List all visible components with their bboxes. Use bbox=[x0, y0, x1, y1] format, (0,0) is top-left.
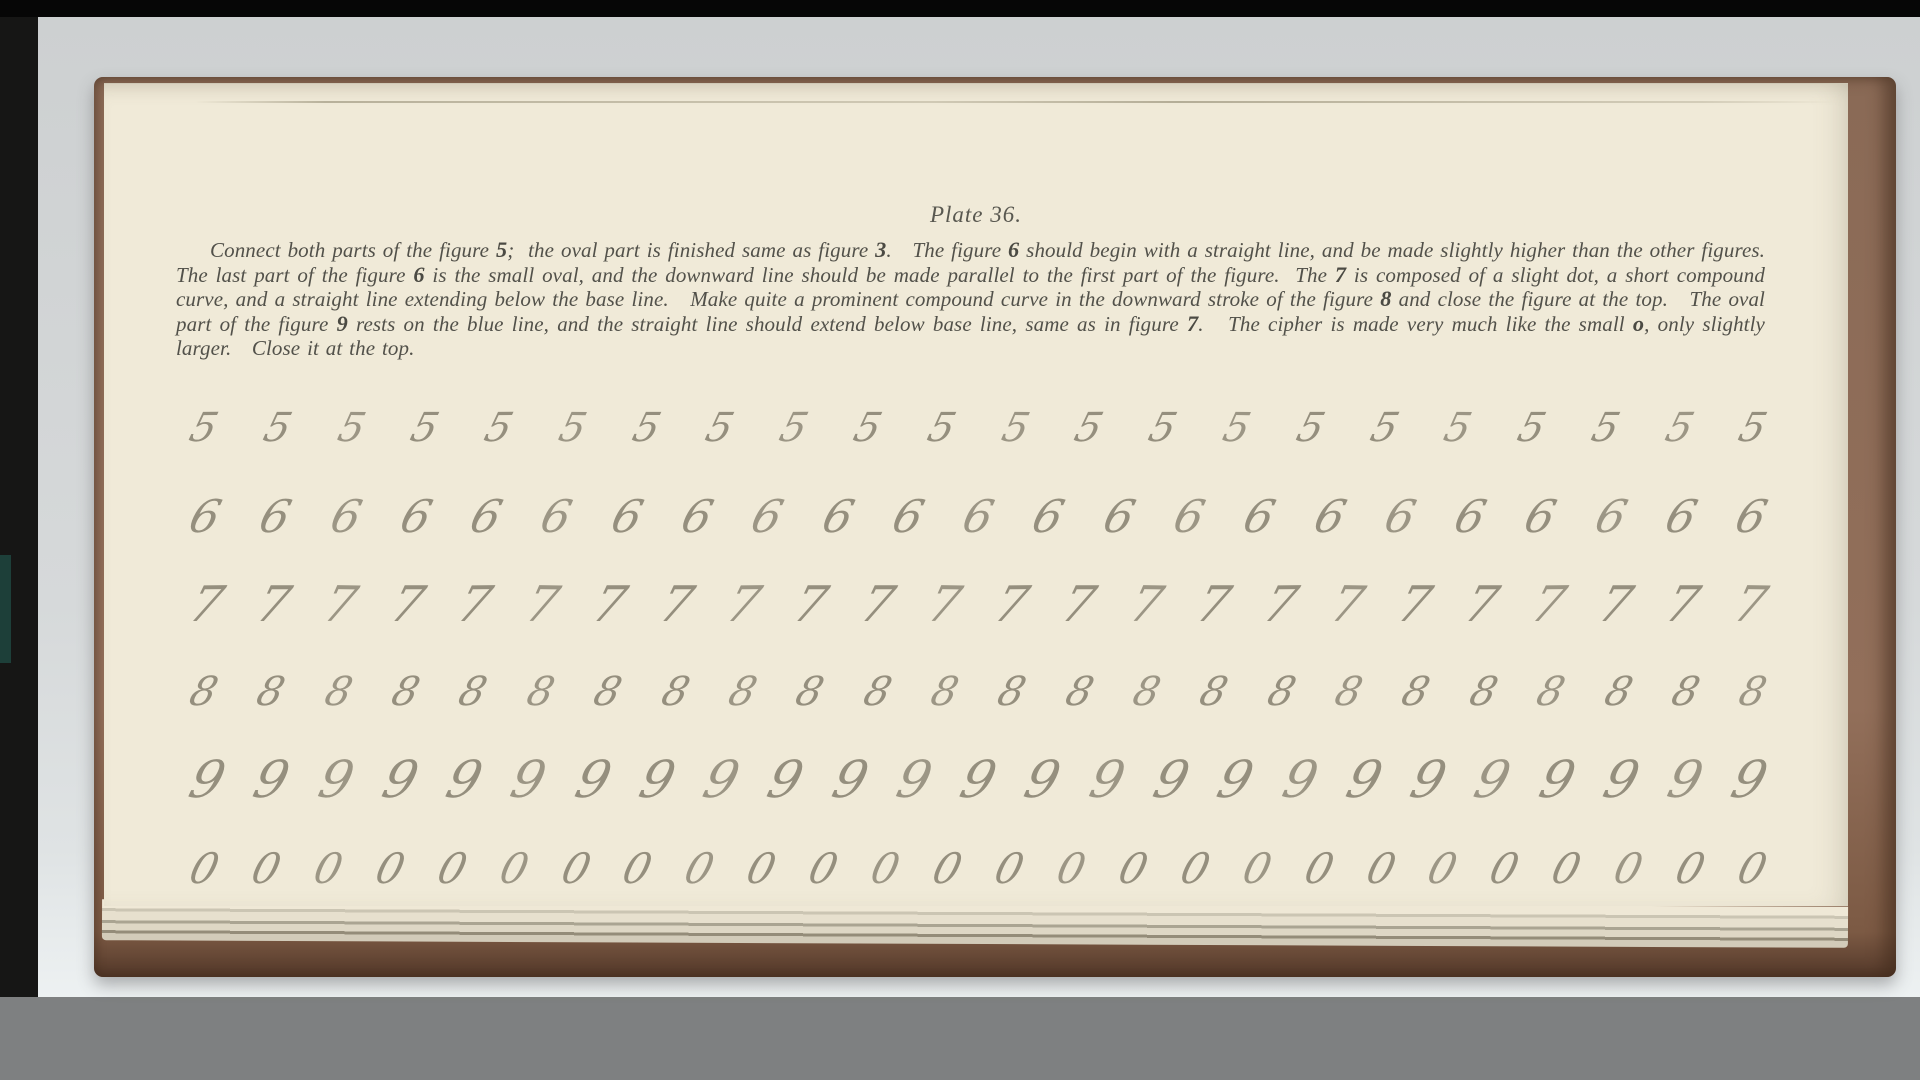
handwritten-digit-6: 6 bbox=[958, 489, 1000, 542]
handwritten-digit-5: 5 bbox=[849, 405, 887, 451]
handwritten-digit-0: 0 bbox=[1423, 843, 1463, 892]
handwritten-digit-6: 6 bbox=[816, 490, 859, 543]
handwritten-digit-6: 6 bbox=[746, 489, 789, 542]
handwritten-digit-9: 9 bbox=[761, 751, 809, 810]
handwritten-digit-9: 9 bbox=[1597, 751, 1645, 810]
handwritten-digit-7: 7 bbox=[988, 575, 1035, 632]
plate-title: Plate 36. bbox=[104, 84, 1848, 228]
handwritten-digit-0: 0 bbox=[1732, 844, 1772, 893]
instruction-paragraph: Connect both parts of the figure 5; the … bbox=[176, 238, 1765, 361]
handwritten-digit-5: 5 bbox=[1734, 405, 1772, 451]
handwritten-digit-9: 9 bbox=[1725, 750, 1774, 809]
handwritten-digit-7: 7 bbox=[1124, 575, 1169, 632]
handwritten-digit-0: 0 bbox=[370, 844, 410, 893]
handwritten-digit-6: 6 bbox=[606, 490, 649, 543]
handwritten-digit-5: 5 bbox=[923, 405, 961, 451]
handwritten-digit-0: 0 bbox=[184, 843, 224, 892]
handwritten-digit-5: 5 bbox=[333, 405, 370, 451]
handwritten-digit-5: 5 bbox=[406, 405, 444, 451]
handwritten-digit-9: 9 bbox=[633, 751, 681, 810]
handwritten-digit-5: 5 bbox=[185, 405, 223, 451]
handwritten-digit-6: 6 bbox=[1660, 490, 1703, 543]
handwritten-digit-5: 5 bbox=[480, 405, 518, 451]
handwritten-digit-0: 0 bbox=[866, 843, 905, 892]
dark-left-edge bbox=[0, 17, 38, 997]
practice-row-7: 777777777777777777777777 bbox=[191, 560, 1766, 648]
handwritten-digit-8: 8 bbox=[320, 669, 357, 715]
handwritten-digit-9: 9 bbox=[1084, 750, 1131, 809]
handwritten-digit-0: 0 bbox=[1670, 843, 1710, 892]
instruction-text: . The cipher is made very much like the … bbox=[1198, 312, 1633, 336]
handwritten-digit-9: 9 bbox=[826, 751, 874, 810]
handwritten-digit-9: 9 bbox=[1404, 751, 1452, 810]
handwritten-digit-5: 5 bbox=[1070, 405, 1108, 451]
handwritten-digit-6: 6 bbox=[1589, 489, 1632, 542]
handwritten-digit-7: 7 bbox=[1593, 576, 1639, 633]
handwritten-digit-8: 8 bbox=[791, 669, 829, 715]
handwritten-digit-8: 8 bbox=[1532, 669, 1570, 715]
handwritten-digit-8: 8 bbox=[1735, 669, 1772, 715]
book-page: Plate 36. Connect both parts of the figu… bbox=[104, 83, 1848, 906]
handwritten-digit-6: 6 bbox=[1308, 489, 1351, 542]
handwritten-digit-5: 5 bbox=[1587, 405, 1625, 451]
handwritten-digit-0: 0 bbox=[1547, 844, 1587, 893]
practice-row-8: 888888888888888888888888 bbox=[191, 648, 1766, 736]
handwritten-digit-7: 7 bbox=[586, 576, 632, 633]
handwritten-digit-0: 0 bbox=[1361, 844, 1401, 893]
handwritten-digit-8: 8 bbox=[1599, 669, 1637, 715]
instruction-text: rests on the blue line, and the straight… bbox=[348, 312, 1187, 336]
handwritten-digit-9: 9 bbox=[440, 750, 489, 809]
handwritten-digit-7: 7 bbox=[922, 575, 967, 632]
handwritten-digit-7: 7 bbox=[1056, 576, 1102, 633]
handwritten-digit-6: 6 bbox=[325, 489, 367, 542]
scanner-surface: Plate 36. Connect both parts of the figu… bbox=[38, 17, 1920, 997]
handwritten-digit-6: 6 bbox=[395, 490, 438, 543]
handwritten-digit-0: 0 bbox=[927, 843, 967, 892]
handwritten-digit-8: 8 bbox=[926, 669, 963, 715]
handwritten-digit-0: 0 bbox=[1299, 844, 1339, 893]
handwritten-digit-0: 0 bbox=[432, 843, 472, 892]
figure-reference: 3 bbox=[875, 237, 886, 262]
figure-reference: o bbox=[1633, 311, 1644, 336]
handwritten-digit-6: 6 bbox=[1168, 489, 1210, 542]
handwritten-digit-6: 6 bbox=[1519, 490, 1562, 543]
handwritten-digit-9: 9 bbox=[505, 750, 552, 809]
handwritten-digit-0: 0 bbox=[680, 843, 720, 892]
handwritten-digit-8: 8 bbox=[1262, 669, 1300, 715]
handwritten-digit-5: 5 bbox=[1144, 405, 1182, 451]
handwritten-digit-7: 7 bbox=[1525, 575, 1572, 632]
handwritten-digit-0: 0 bbox=[989, 844, 1029, 893]
handwritten-digit-8: 8 bbox=[589, 669, 627, 715]
handwritten-digit-5: 5 bbox=[259, 405, 297, 451]
handwritten-digit-9: 9 bbox=[1019, 751, 1067, 810]
handwritten-digit-5: 5 bbox=[1365, 405, 1403, 451]
scanned-book-photo: Plate 36. Connect both parts of the figu… bbox=[0, 0, 1920, 1080]
handwritten-digit-5: 5 bbox=[1513, 405, 1551, 451]
handwritten-digit-6: 6 bbox=[676, 490, 719, 543]
handwritten-digit-5: 5 bbox=[1660, 405, 1698, 451]
handwritten-digit-7: 7 bbox=[250, 576, 296, 633]
handwritten-digit-0: 0 bbox=[1175, 843, 1215, 892]
practice-row-6: 66666666666666666666666 bbox=[191, 472, 1766, 560]
handwritten-digit-7: 7 bbox=[318, 575, 363, 632]
handwritten-digit-0: 0 bbox=[1238, 843, 1277, 892]
figure-reference: 6 bbox=[413, 262, 424, 287]
handwritten-digit-8: 8 bbox=[1128, 669, 1165, 715]
practice-row-5: 5555555555555555555555 bbox=[191, 384, 1766, 472]
handwritten-digit-0: 0 bbox=[742, 844, 782, 893]
book-spine-sliver bbox=[0, 555, 11, 663]
handwritten-digit-8: 8 bbox=[185, 669, 223, 715]
handwritten-digit-7: 7 bbox=[787, 576, 833, 633]
handwritten-digit-0: 0 bbox=[246, 844, 286, 893]
handwritten-digit-7: 7 bbox=[183, 575, 230, 632]
handwritten-digit-7: 7 bbox=[1660, 576, 1706, 633]
handwritten-digit-9: 9 bbox=[183, 750, 232, 809]
handwritten-digit-5: 5 bbox=[775, 405, 813, 451]
handwritten-digit-0: 0 bbox=[1609, 843, 1648, 892]
handwritten-digit-0: 0 bbox=[309, 843, 348, 892]
handwritten-digit-5: 5 bbox=[554, 405, 591, 451]
page-top-seam bbox=[194, 101, 1834, 103]
handwritten-digit-6: 6 bbox=[1238, 490, 1281, 543]
handwritten-digit-7: 7 bbox=[653, 576, 699, 633]
handwritten-digit-0: 0 bbox=[495, 843, 534, 892]
handwritten-digit-6: 6 bbox=[1379, 489, 1421, 542]
handwritten-digit-7: 7 bbox=[520, 575, 565, 632]
handwritten-digit-7: 7 bbox=[1391, 576, 1437, 633]
handwritten-digit-7: 7 bbox=[720, 575, 767, 632]
handwritten-digit-5: 5 bbox=[997, 405, 1034, 451]
handwritten-digit-9: 9 bbox=[1533, 751, 1581, 810]
handwritten-digit-9: 9 bbox=[1468, 750, 1517, 809]
handwritten-digit-6: 6 bbox=[1027, 489, 1070, 542]
handwritten-digit-9: 9 bbox=[376, 751, 424, 810]
handwritten-digit-0: 0 bbox=[804, 844, 844, 893]
handwritten-digit-6: 6 bbox=[254, 490, 297, 543]
handwritten-digit-9: 9 bbox=[1211, 750, 1260, 809]
handwritten-digit-6: 6 bbox=[184, 489, 227, 542]
instruction-text: ; the oval part is finished same as figu… bbox=[507, 238, 875, 262]
handwritten-digit-7: 7 bbox=[1257, 575, 1304, 632]
handwritten-digit-6: 6 bbox=[1098, 490, 1141, 543]
handwritten-digit-0: 0 bbox=[1485, 844, 1525, 893]
handwritten-digit-0: 0 bbox=[618, 844, 658, 893]
figure-reference: 7 bbox=[1335, 262, 1346, 287]
handwritten-digit-9: 9 bbox=[312, 750, 359, 809]
handwritten-digit-8: 8 bbox=[723, 669, 761, 715]
handwritten-digit-8: 8 bbox=[858, 669, 896, 715]
handwritten-digit-7: 7 bbox=[854, 576, 900, 633]
handwritten-digit-9: 9 bbox=[1147, 751, 1195, 810]
figure-reference: 8 bbox=[1380, 286, 1391, 311]
handwritten-digit-8: 8 bbox=[252, 669, 290, 715]
handwritten-digit-6: 6 bbox=[887, 490, 930, 543]
handwritten-digit-5: 5 bbox=[1440, 405, 1477, 451]
handwritten-digit-9: 9 bbox=[1340, 751, 1388, 810]
handwritten-digit-5: 5 bbox=[628, 405, 666, 451]
figure-reference: 6 bbox=[1008, 237, 1019, 262]
instruction-text: is the small oval, and the downward line… bbox=[425, 263, 1335, 287]
handwritten-digit-9: 9 bbox=[247, 751, 295, 810]
handwritten-digit-6: 6 bbox=[465, 489, 508, 542]
practice-rows: 5555555555555555555555666666666666666666… bbox=[191, 384, 1766, 912]
handwritten-digit-8: 8 bbox=[454, 669, 492, 715]
handwritten-digit-5: 5 bbox=[1218, 405, 1255, 451]
handwritten-digit-6: 6 bbox=[1730, 490, 1773, 543]
handwritten-digit-5: 5 bbox=[701, 405, 739, 451]
handwritten-digit-8: 8 bbox=[1331, 669, 1368, 715]
handwritten-digit-0: 0 bbox=[1052, 843, 1091, 892]
handwritten-digit-8: 8 bbox=[1397, 669, 1435, 715]
handwritten-digit-7: 7 bbox=[385, 576, 431, 633]
handwritten-digit-8: 8 bbox=[656, 669, 694, 715]
handwritten-digit-0: 0 bbox=[1113, 844, 1153, 893]
handwritten-digit-6: 6 bbox=[1449, 490, 1492, 543]
handwritten-digit-7: 7 bbox=[1325, 575, 1370, 632]
handwritten-digit-6: 6 bbox=[536, 489, 578, 542]
handwritten-digit-9: 9 bbox=[954, 750, 1003, 809]
handwritten-digit-8: 8 bbox=[1667, 669, 1705, 715]
practice-row-9: 9999999999999999999999999 bbox=[191, 736, 1766, 824]
handwritten-digit-8: 8 bbox=[1061, 669, 1099, 715]
handwritten-digit-0: 0 bbox=[556, 844, 596, 893]
instruction-text: . The figure bbox=[886, 238, 1008, 262]
handwritten-digit-8: 8 bbox=[522, 669, 559, 715]
figure-reference: 9 bbox=[337, 311, 348, 336]
figure-reference: 5 bbox=[496, 237, 507, 262]
figure-reference: 7 bbox=[1187, 311, 1198, 336]
handwritten-digit-7: 7 bbox=[1190, 576, 1236, 633]
practice-row-0: 00000000000000000000000000 bbox=[191, 824, 1766, 912]
handwritten-digit-9: 9 bbox=[891, 750, 938, 809]
handwritten-digit-7: 7 bbox=[452, 575, 499, 632]
handwritten-digit-8: 8 bbox=[1465, 669, 1503, 715]
handwritten-digit-9: 9 bbox=[569, 751, 617, 810]
handwritten-digit-8: 8 bbox=[1195, 669, 1233, 715]
instruction-text: Connect both parts of the figure bbox=[210, 238, 496, 262]
handwritten-digit-9: 9 bbox=[1662, 750, 1709, 809]
handwritten-digit-5: 5 bbox=[1292, 405, 1330, 451]
handwritten-digit-7: 7 bbox=[1728, 575, 1773, 632]
letterbox-top-bar bbox=[0, 0, 1920, 17]
handwritten-digit-7: 7 bbox=[1458, 576, 1504, 633]
handwritten-digit-9: 9 bbox=[1276, 750, 1323, 809]
handwritten-digit-8: 8 bbox=[387, 669, 425, 715]
handwritten-digit-8: 8 bbox=[993, 669, 1031, 715]
handwritten-digit-9: 9 bbox=[697, 750, 746, 809]
